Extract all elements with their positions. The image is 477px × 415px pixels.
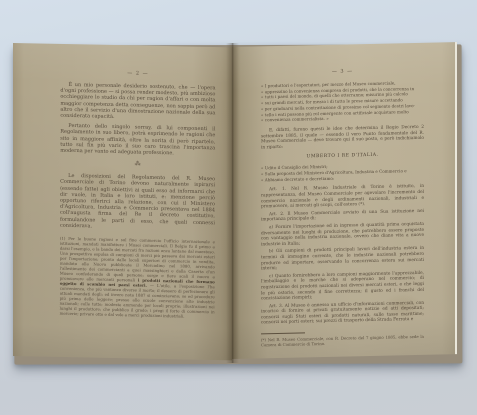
left-footnote-part-1: (1) Per le buone ragioni e sul fine comm… <box>60 236 215 283</box>
right-footnote: (*) Nel R. Museo Commerciale, con R. Dec… <box>261 334 424 348</box>
article-2: Art. 2. Il Museo Commerciale avviato di … <box>261 209 424 224</box>
article-item-c: c) Quanto fornirebbero a loro campioni m… <box>261 271 424 303</box>
right-page: — 3 — « I produttori e l'esportatori, pe… <box>232 42 457 359</box>
left-paragraph-3: Le disposizioni del Regolamento del R. M… <box>60 173 215 232</box>
left-paragraph-2: Pertanto dello singolo sorray, di lui co… <box>60 123 215 158</box>
article-3: Art. 3. Al Museo è annesso un ufficio d'… <box>261 300 424 326</box>
quotation-block: « I produttori e l'esportatori, per mezz… <box>261 80 424 123</box>
left-paragraph-1: È un mio personale desiderio sostenuto, … <box>60 82 215 123</box>
open-booklet-photo: — 2 — È un mio personale desiderio soste… <box>0 0 477 415</box>
intro-paragraph: E, difatti, furono questi le idee che de… <box>261 125 424 151</box>
right-page-number: — 3 — <box>261 67 424 77</box>
left-page: — 2 — È un mio personale desiderio soste… <box>13 43 232 360</box>
left-footnote-part-2: — L'utile, a l'esposizione l'ha convenie… <box>60 283 215 319</box>
article-item-b: b) Gli campioni di prodotti principali l… <box>261 246 424 272</box>
asterism-divider: ⁂ <box>60 159 215 170</box>
article-1: Art. 1. Nel R. Museo Industriale di Tori… <box>261 184 424 210</box>
left-page-number: — 2 — <box>60 69 215 79</box>
decree-preamble: « Udito il Consiglio dei Ministri; « Sul… <box>261 162 424 183</box>
footnote-rule <box>261 332 305 334</box>
article-item-a: a) Fornire l'importazione ed in ingresso… <box>261 222 424 248</box>
left-page-content: — 2 — È un mio personale desiderio soste… <box>59 69 215 361</box>
right-page-content: — 3 — « I produttori e l'esportatori, pe… <box>261 67 424 359</box>
left-footnote-block: (1) Per le buone ragioni e sul fine comm… <box>60 236 215 320</box>
decree-heading: UMBERTO I RE D'ITALIA. <box>261 152 424 162</box>
